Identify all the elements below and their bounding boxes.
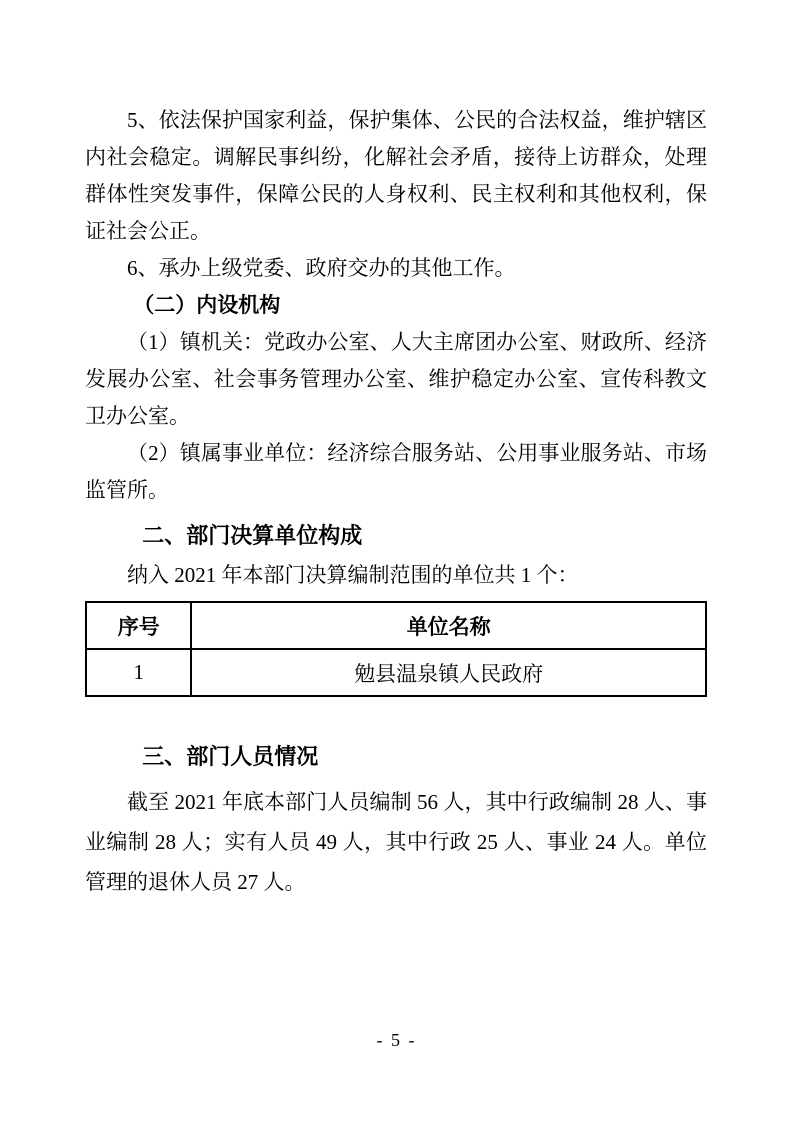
paragraph-personnel: 截至 2021 年底本部门人员编制 56 人，其中行政编制 28 人、事业编制 … — [85, 782, 707, 902]
unit-row-index: 1 — [86, 649, 191, 696]
heading-section-3-personnel: 三、部门人员情况 — [85, 738, 707, 776]
paragraph-duty-5: 5、依法保护国家利益，保护集体、公民的合法权益，维护辖区内社会稳定。调解民事纠纷… — [85, 102, 707, 250]
heading-section-2-unit-composition: 二、部门决算单位构成 — [85, 517, 707, 555]
unit-table-header-index: 序号 — [86, 602, 191, 649]
document-content: 5、依法保护国家利益，保护集体、公民的合法权益，维护辖区内社会稳定。调解民事纠纷… — [85, 102, 707, 902]
unit-table-header-name: 单位名称 — [191, 602, 706, 649]
unit-row-name: 勉县温泉镇人民政府 — [191, 649, 706, 696]
subheading-internal-organs: （二）内设机构 — [85, 287, 707, 324]
paragraph-town-offices: （1）镇机关：党政办公室、人大主席团办公室、财政所、经济发展办公室、社会事务管理… — [85, 324, 707, 435]
document-page: 5、依法保护国家利益，保护集体、公民的合法权益，维护辖区内社会稳定。调解民事纠纷… — [0, 0, 793, 1122]
paragraph-public-institutions: （2）镇属事业单位：经济综合服务站、公用事业服务站、市场监管所。 — [85, 435, 707, 509]
table-row: 1 勉县温泉镇人民政府 — [86, 649, 706, 696]
paragraph-duty-6: 6、承办上级党委、政府交办的其他工作。 — [85, 250, 707, 287]
unit-table-header-row: 序号 单位名称 — [86, 602, 706, 649]
page-number: - 5 - — [0, 1030, 793, 1051]
paragraph-scope: 纳入 2021 年本部门决算编制范围的单位共 1 个： — [85, 557, 707, 594]
unit-table: 序号 单位名称 1 勉县温泉镇人民政府 — [85, 601, 707, 697]
